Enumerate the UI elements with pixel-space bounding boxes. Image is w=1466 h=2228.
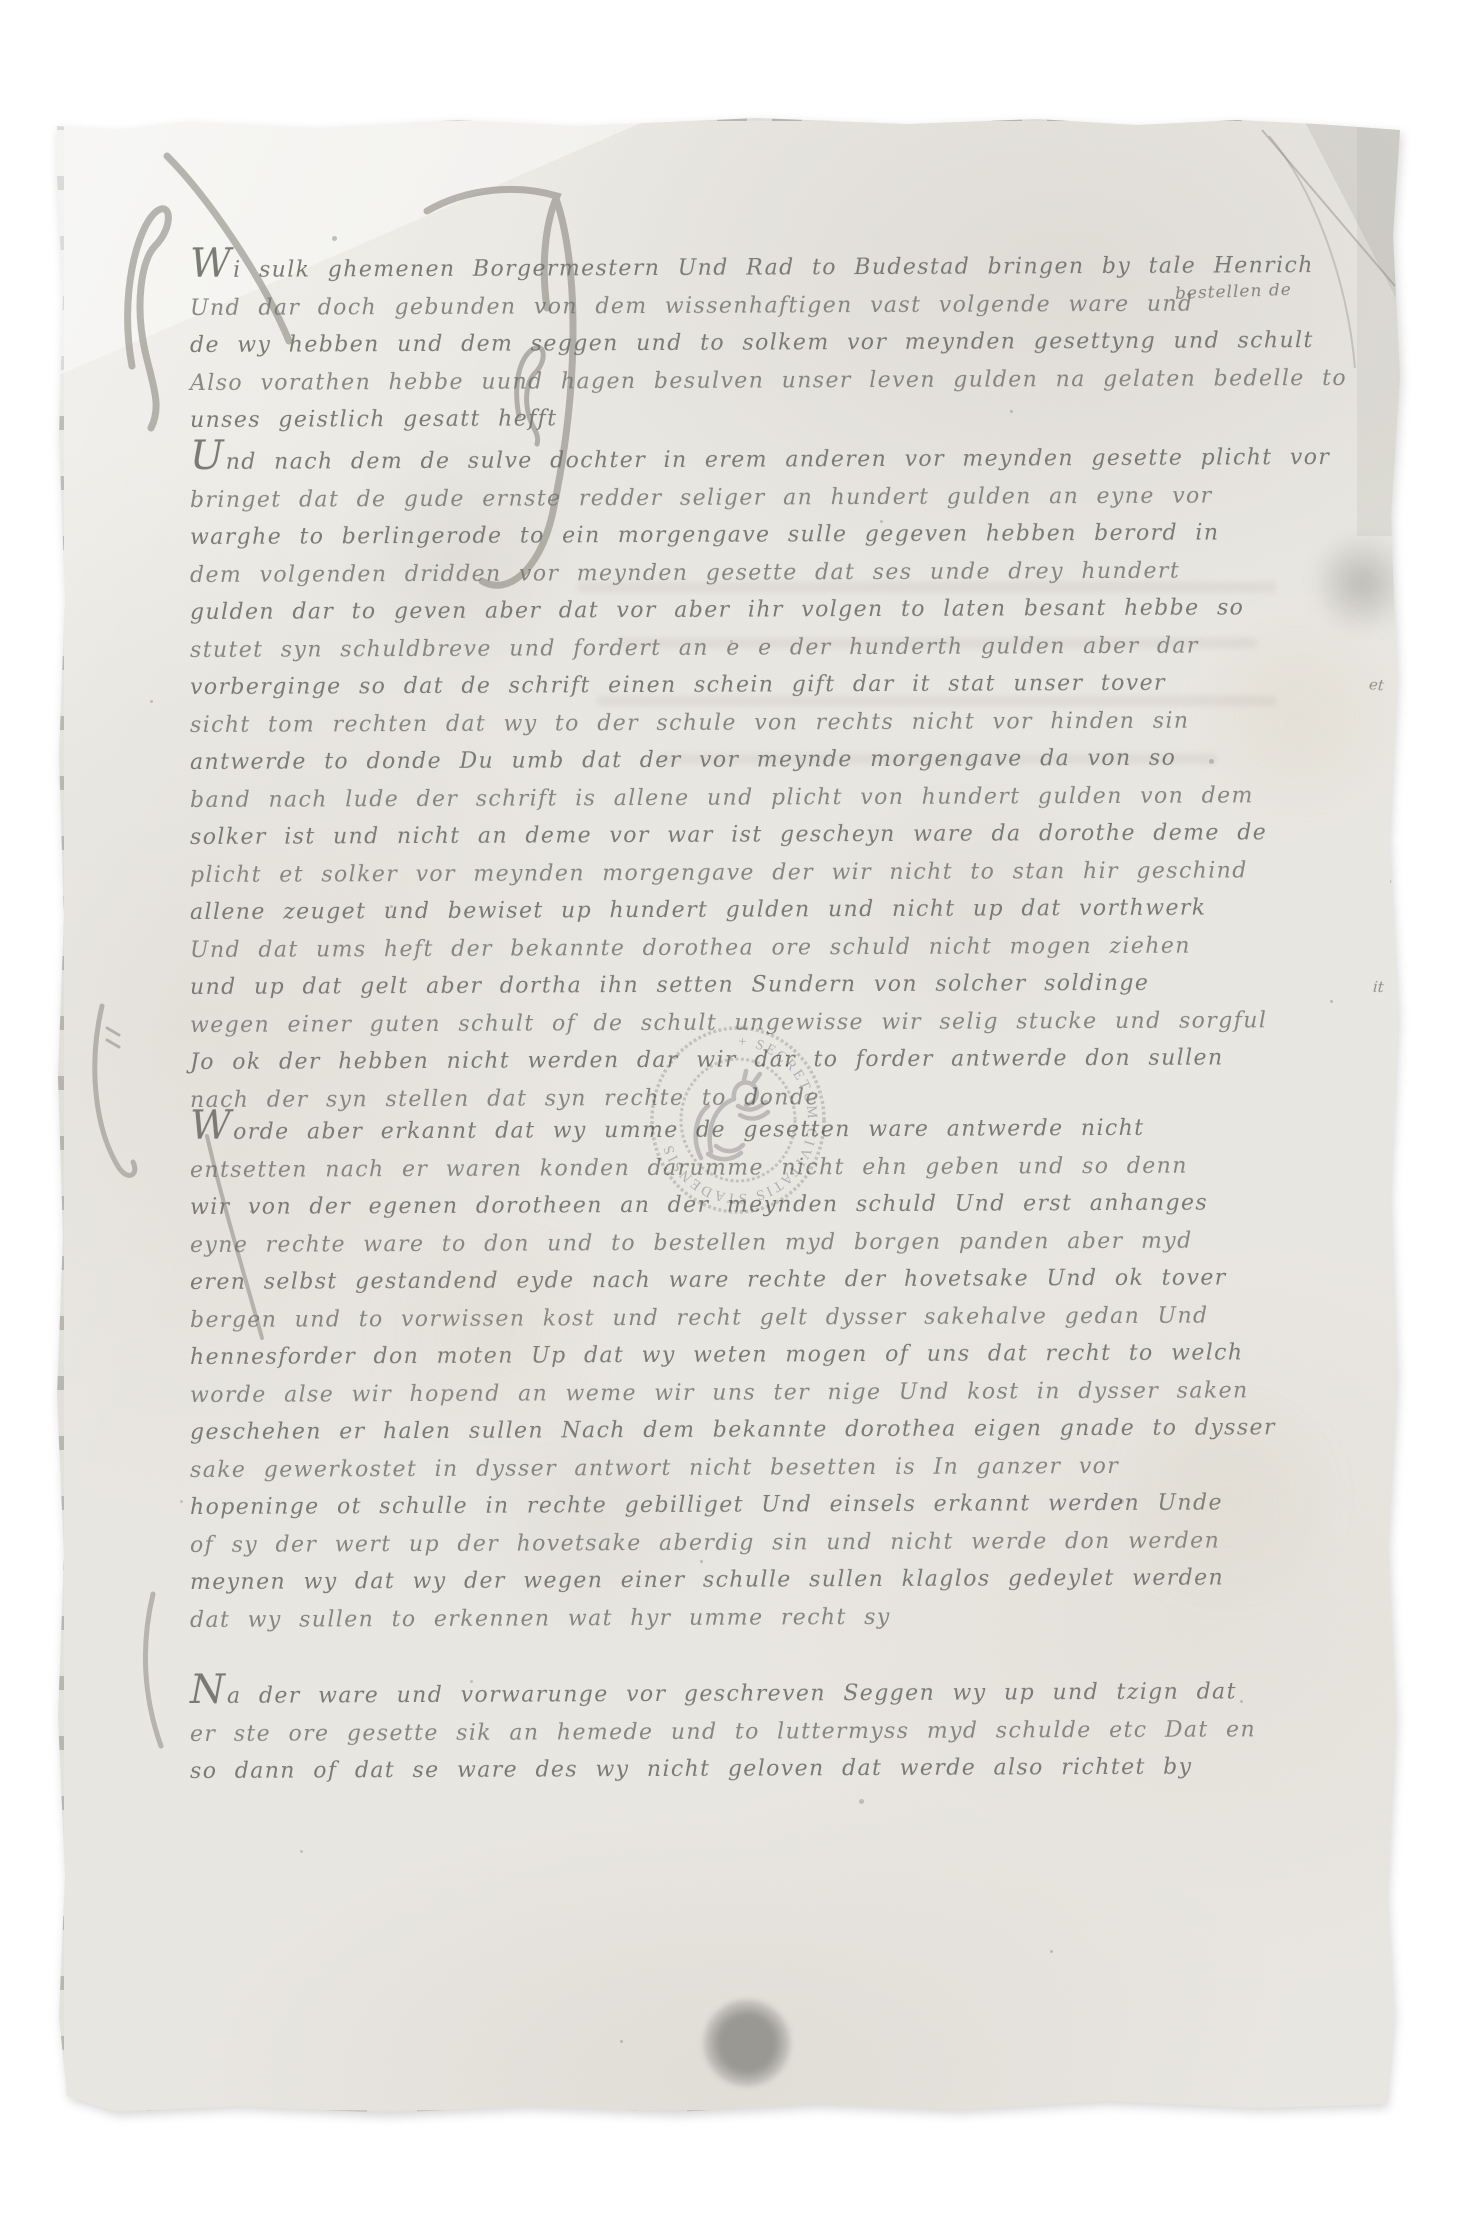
text-line: stutet syn schuldbreve und fordert an e … — [190, 626, 1365, 669]
seal-outer-ring — [652, 1028, 824, 1212]
paragraph-2: Und nach dem de sulve dochter in erem an… — [190, 444, 1365, 1119]
text-line: eren selbst gestandend eyde nach ware re… — [190, 1259, 1365, 1302]
margin-chevron-mark — [107, 1028, 119, 1047]
text-line: sake gewerkostet in dysser antwort nicht… — [190, 1446, 1365, 1489]
text-line: antwerde to donde Du umb dat der vor mey… — [190, 739, 1365, 782]
text-line: dat wy sullen to erkennen wat hyr umme r… — [190, 1596, 1365, 1639]
text-line: de wy hebben und dem seggen und to solke… — [190, 322, 1365, 365]
lion-rampant-figure — [696, 1071, 768, 1159]
text-line: und up dat gelt aber dortha ihn setten S… — [190, 964, 1365, 1007]
text-line: of sy der wert up der hovetsake aberdig … — [190, 1521, 1365, 1564]
text-line: sicht tom rechten dat wy to der schule v… — [190, 701, 1365, 744]
bottom-deckle-edge — [57, 2110, 1400, 2116]
margin-mark: et — [1368, 675, 1385, 694]
ink-stain-bottom — [701, 1998, 793, 2088]
text-line: eyne rechte ware to don und to bestellen… — [190, 1221, 1365, 1264]
text-line: gulden dar to geven aber dat vor aber ih… — [190, 589, 1365, 632]
margin-mark: it — [1372, 978, 1384, 997]
seal-stamp: + SECRETUM CIVITATIS STADENSIS — [646, 1020, 830, 1216]
text-line: Na der ware und vorwarunge vor geschreve… — [190, 1673, 1365, 1716]
text-line: bringet dat de gude ernste redder selige… — [190, 476, 1365, 519]
text-line: solker ist und nicht an deme vor war ist… — [190, 814, 1365, 857]
text-line: worde alse wir hopend an weme wir uns te… — [190, 1371, 1365, 1414]
text-line: Also vorathen hebbe uund hagen besulven … — [190, 359, 1365, 402]
text-line: bergen und to vorwissen kost und recht g… — [190, 1296, 1365, 1339]
text-line: er ste ore gesette sik an hemede und to … — [190, 1710, 1365, 1753]
top-deckle-edge — [57, 116, 1400, 121]
text-line: dem volgenden dridden vor meynden gesett… — [190, 551, 1365, 594]
scanned-manuscript-screenshot: { "page": { "background_color": "#ffffff… — [0, 0, 1466, 2228]
text-line: meynen wy dat wy der wegen einer schulle… — [190, 1559, 1365, 1602]
text-line: Und dat ums heft der bekannte dorothea o… — [190, 926, 1365, 969]
text-line: plicht et solker vor meynden morgengave … — [190, 851, 1365, 894]
text-line: geschehen er halen sullen Nach dem bekan… — [190, 1409, 1365, 1452]
left-deckle-edge — [57, 116, 64, 2116]
text-line: hennesforder don moten Up dat wy weten m… — [190, 1334, 1365, 1377]
pen-flourish-paragraph-4 — [145, 1594, 161, 1746]
paragraph-4: Na der ware und vorwarunge vor geschreve… — [190, 1678, 1365, 1791]
text-line: vorberginge so dat de schrift einen sche… — [190, 664, 1365, 707]
seal-legend: + SECRETUM CIVITATIS STADENSIS — [660, 1034, 821, 1206]
text-line: warghe to berlingerode to ein morgengave… — [190, 514, 1365, 557]
text-line: band nach lude der schrift is allene und… — [190, 776, 1365, 819]
text-line: allene zeuget und bewiset up hundert gul… — [190, 889, 1365, 932]
text-line: so dann of dat se ware des wy nicht gelo… — [190, 1748, 1365, 1791]
paragraph-1: Wi sulk ghemenen Borgermestern Und Rad t… — [190, 252, 1365, 440]
interline-insertion: bestellen de — [1175, 280, 1292, 304]
manuscript-page-wrapper: Wi sulk ghemenen Borgermestern Und Rad t… — [57, 116, 1400, 2116]
manuscript-page: Wi sulk ghemenen Borgermestern Und Rad t… — [57, 116, 1400, 2116]
text-line: Und nach dem de sulve dochter in erem an… — [190, 439, 1365, 482]
text-line: hopeninge ot schulle in rechte gebillige… — [190, 1484, 1365, 1527]
paper-specks — [57, 116, 60, 119]
text-line: unses geistlich gesatt hefft — [190, 397, 1365, 440]
